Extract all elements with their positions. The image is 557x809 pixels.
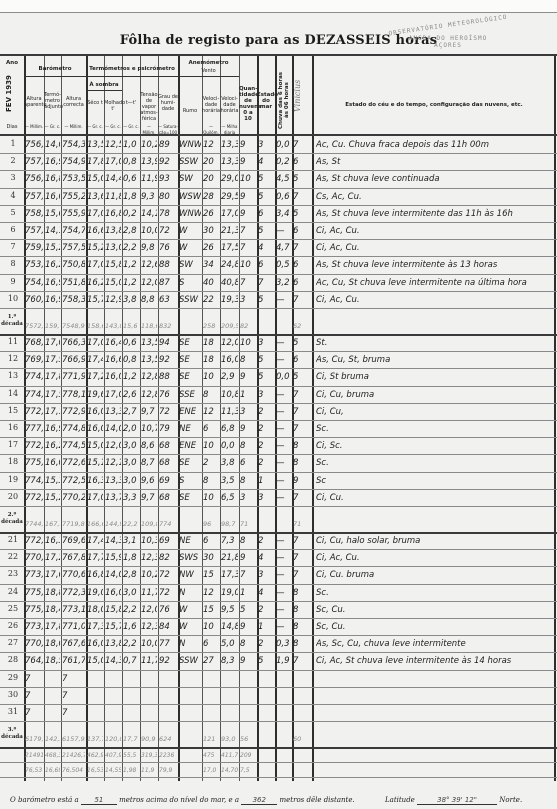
cell-diff: 3,8 xyxy=(123,294,139,306)
table-row: 37̅56,0016,87̅53,5115,014,40,611,993SW20… xyxy=(0,170,557,187)
cell-molh: 144,9 xyxy=(105,518,121,530)
cell-chuva: 3,2 xyxy=(276,277,291,289)
cell-molh: 12,1 xyxy=(105,457,121,469)
cell-mar: 4 xyxy=(258,242,274,254)
cell-x: 7 xyxy=(293,406,311,418)
cell-seco: 16,8 xyxy=(87,569,103,581)
stamp-line-1: OBSERVATÓRIO METEOROLÓGICO xyxy=(388,14,508,38)
cell-molh: 13,7 xyxy=(105,492,121,504)
cell-vel2: 14,8 xyxy=(221,621,238,633)
table-row: 157̅72,5017,17̅72,9716,013,32,79,772ENE1… xyxy=(0,403,557,420)
sky-remark: Ci, Ac, St chuva leve intermitente às 14… xyxy=(316,655,554,667)
cell-seco: 15,7 xyxy=(87,294,103,306)
cell-hum: 832 xyxy=(159,320,177,332)
cell-diff: 0,8 xyxy=(123,354,139,366)
cell-tensao: 13,5 xyxy=(141,337,157,349)
cell-x: 60 xyxy=(293,733,311,745)
cell-x: 6 xyxy=(293,225,311,237)
cell-vel1: 6 xyxy=(203,638,219,650)
cell-seco: 17,0 xyxy=(87,337,103,349)
latitude-value: 38° 39' 12" xyxy=(417,796,497,805)
day-number: 22 xyxy=(2,552,24,561)
cell-rumo: ENE xyxy=(179,440,201,452)
cell-alt-ap: 7̅70,40 xyxy=(25,552,43,564)
cell-chuva: — xyxy=(276,354,291,366)
cell-alt-cor: 6157,93 xyxy=(62,733,85,745)
cell-nuv: 6 xyxy=(240,457,256,469)
cell-alt-ap: 7̅74,00 xyxy=(25,371,43,383)
cell-term: 142,2 xyxy=(45,733,60,745)
day-number: 14 xyxy=(2,389,24,398)
cell-alt-cor: 7548,91 xyxy=(62,320,85,332)
wind-speed-header: Veloci-dade horária xyxy=(202,96,220,114)
table-row: 227̅70,4017,27̅67,8317,715,91,812,382SWS… xyxy=(0,549,557,566)
cell-alt-ap: 7̅75,10 xyxy=(25,457,43,469)
cell-diff: 0,7 xyxy=(123,655,139,667)
cell-diff: 0,2 xyxy=(123,208,139,220)
cell-vel2: 29,0 xyxy=(221,173,238,185)
cell-molh: 17,0 xyxy=(105,156,121,168)
sky-remark: Ac, Cu. Chuva fraca depois das 11h 00m xyxy=(316,139,554,151)
cell-molh: 14,4 xyxy=(105,173,121,185)
cell-x: 7 xyxy=(293,191,311,203)
sky-remark: Sc. xyxy=(316,457,554,469)
sky-remark: Sc. xyxy=(316,587,554,599)
cell-alt-ap: 7̅57,10 xyxy=(25,225,43,237)
table-row: 3077 xyxy=(0,687,557,704)
cell-alt-ap: 7̅74,80 xyxy=(25,389,43,401)
cell-mar: 5 xyxy=(258,371,274,383)
cell-alt-cor: 7 xyxy=(62,673,85,685)
cell-chuva: — xyxy=(276,492,291,504)
cell-vel2: 6,8 xyxy=(221,423,238,435)
barometer-distance-value: 362 xyxy=(241,796,277,805)
footnote-text-2: metros acima do nível do mar, e a xyxy=(119,796,239,804)
cell-term: 17,8 xyxy=(45,371,60,383)
cell-alt-ap: 7̅54,80 xyxy=(25,277,43,289)
cell-x: 6 xyxy=(293,259,311,271)
day-number: 31 xyxy=(2,707,24,716)
cell-alt-ap: 7̅59,80 xyxy=(25,242,43,254)
cell-term: 16,2 xyxy=(45,259,60,271)
cell-x: 7 xyxy=(293,389,311,401)
table-row: 277̅70,3018,07̅67,6316,013,82,210,077N65… xyxy=(0,635,557,652)
cell-x: 62 xyxy=(293,320,311,332)
cell-x: 7 xyxy=(293,535,311,547)
cell-rumo: W xyxy=(179,242,201,254)
cell-vel2: 19,0 xyxy=(221,587,238,599)
cell-tensao: 10,2 xyxy=(141,139,157,151)
cell-x: 7 xyxy=(293,492,311,504)
sky-remark: As, St chuva leve intermitente às 13 hor… xyxy=(316,259,554,271)
cell-mar: 5 xyxy=(258,191,274,203)
cell-molh: 14,3 xyxy=(105,655,121,667)
cell-seco: 17,4 xyxy=(87,354,103,366)
cell-term: 18,5 xyxy=(45,655,60,667)
cell-seco: 13,6 xyxy=(87,191,103,203)
cell-vel2: 17,0 xyxy=(221,208,238,220)
cell-nuv: 10 xyxy=(240,259,256,271)
cell-hum: 93 xyxy=(159,173,177,185)
day-number: 17 xyxy=(2,440,24,449)
total-term: 16,69 xyxy=(45,765,60,777)
cell-tensao: 11,9 xyxy=(141,173,157,185)
day-number: 18 xyxy=(2,457,24,466)
cell-vel2: 13,3 xyxy=(221,156,238,168)
row-divider xyxy=(0,762,557,763)
total-molh: 14,55 xyxy=(105,765,121,777)
cell-x: 6 xyxy=(293,354,311,366)
day-number: 15 xyxy=(2,406,24,415)
wind-subheader: Vento xyxy=(178,68,239,74)
cell-chuva: — xyxy=(276,535,291,547)
cell-alt-ap: 6179,70 xyxy=(25,733,43,745)
cell-diff: 2,7 xyxy=(123,406,139,418)
sky-remark: Ac, Cu, St chuva leve intermitente na úl… xyxy=(316,277,554,289)
cell-term: 167,5 xyxy=(45,518,60,530)
cell-x: 9 xyxy=(293,475,311,487)
cell-alt-cor: 7̅74,80 xyxy=(62,423,85,435)
cell-x: 5 xyxy=(293,208,311,220)
cell-rumo: SE xyxy=(179,371,201,383)
cell-alt-cor: 7 xyxy=(62,707,85,719)
table-row: 97̅54,8016,97̅51,8016,215,01,212,087S404… xyxy=(0,274,557,291)
cell-alt-cor: 7̅54,70 xyxy=(62,225,85,237)
day-number: 11 xyxy=(2,337,24,346)
cell-mar: 5 xyxy=(258,354,274,366)
cell-mar: 5 xyxy=(258,225,274,237)
sky-remark: As, St chuva leve continuada xyxy=(316,173,554,185)
cell-nuv: 82 xyxy=(240,320,256,332)
cell-diff: 1,2 xyxy=(123,259,139,271)
cell-term: 16,0 xyxy=(45,191,60,203)
cell-seco: 137,7 xyxy=(87,733,103,745)
cell-chuva: — xyxy=(276,389,291,401)
cell-alt-ap: 7̅73,60 xyxy=(25,621,43,633)
cell-tensao: 12,8 xyxy=(141,371,157,383)
cell-vel2: 8,3 xyxy=(221,655,238,667)
cell-mar: 3 xyxy=(258,389,274,401)
cell-molh: 15,9 xyxy=(105,552,121,564)
cell-x: 8 xyxy=(293,440,311,452)
cell-x: 7 xyxy=(293,294,311,306)
cell-tensao: 9,8 xyxy=(141,242,157,254)
cell-vel1: 258 xyxy=(203,320,219,332)
cell-seco: 15,2 xyxy=(87,242,103,254)
sky-remark: Ci, Ac, Cu. xyxy=(316,242,554,254)
table-row: 2.ª década7744,20167,57719,87166,6144,92… xyxy=(0,506,557,532)
cell-tensao: 10,0 xyxy=(141,225,157,237)
table-row: 17̅56,5014,07̅54,3513,512,51,010,289WNW1… xyxy=(0,136,557,153)
table-row: 3.ª década6179,70142,26157,93137,7120,01… xyxy=(0,721,557,747)
cell-alt-ap: 7̅58,25 xyxy=(25,208,43,220)
cell-term: 18,0 xyxy=(45,638,60,650)
cell-mar: 6 xyxy=(258,259,274,271)
cell-mar: 4 xyxy=(258,156,274,168)
cell-seco: 158,6 xyxy=(87,320,103,332)
cloud-amount-header: Quan-tidade de nuvens 0 a 10 xyxy=(239,86,257,122)
cell-vel2: 24,8 xyxy=(221,259,238,271)
cell-vel1: 8 xyxy=(203,475,219,487)
cell-tensao: 10,0 xyxy=(141,638,157,650)
table-row: 107̅60,9016,97̅58,3915,712,93,88,863SSW2… xyxy=(0,291,557,308)
sky-remark: As, Cu, St, bruma xyxy=(316,354,554,366)
thermometers-header: Termómetros e psicrómetro xyxy=(86,66,178,72)
row-divider xyxy=(0,777,557,778)
cell-nuv: 1 xyxy=(240,587,256,599)
cell-nuv: 7 xyxy=(240,277,256,289)
sky-remark: Ci, Cu. bruma xyxy=(316,569,554,581)
cell-vel2: 209,5 xyxy=(221,320,238,332)
wind-speed-2-header: Veloci-dade horária xyxy=(220,96,239,114)
latitude-label: Latitude xyxy=(385,796,415,804)
cell-alt-cor: 7719,87 xyxy=(62,518,85,530)
cell-diff: 0,6 xyxy=(123,173,139,185)
sky-remark: Ci, Ac, Cu. xyxy=(316,552,554,564)
cell-term: 16,9 xyxy=(45,156,60,168)
cell-alt-ap: 7̅70,30 xyxy=(25,638,43,650)
cell-alt-cor: 7̅58,39 xyxy=(62,294,85,306)
totals-row: 21491,00468,321426,71462,9407,955,5319,3… xyxy=(0,749,557,763)
anemometer-header: Anemómetro xyxy=(178,60,239,66)
cell-chuva: — xyxy=(276,621,291,633)
cell-vel2: 5,0 xyxy=(221,638,238,650)
cell-vel2: 17,3 xyxy=(221,569,238,581)
table-row: 27̅57,4016,97̅54,9017,817,00,813,992SSW2… xyxy=(0,153,557,170)
cell-hum: 87 xyxy=(159,277,177,289)
cell-nuv: 9 xyxy=(240,139,256,151)
total-seco: 16,53 xyxy=(87,765,103,777)
cell-alt-cor: 7̅50,88 xyxy=(62,259,85,271)
cell-term: 16,9 xyxy=(45,423,60,435)
cell-molh: 13,3 xyxy=(105,406,121,418)
cell-alt-cor: 7̅55,27 xyxy=(62,191,85,203)
cell-mar: 5 xyxy=(258,294,274,306)
cell-hum: 92 xyxy=(159,156,177,168)
wet-bulb-header: Molhado t' xyxy=(104,100,122,112)
cell-diff: 1,2 xyxy=(123,277,139,289)
cell-mar: 4 xyxy=(258,587,274,599)
cell-vel1: 10 xyxy=(203,440,219,452)
cell-tensao: 9,3 xyxy=(141,191,157,203)
cell-tensao: 10,2 xyxy=(141,569,157,581)
table-row: 47̅57,5516,07̅55,2713,611,81,89,380WSW28… xyxy=(0,188,557,205)
cell-term: 15,2 xyxy=(45,242,60,254)
cell-rumo: NW xyxy=(179,569,201,581)
stamp-line-3: AÇORES xyxy=(388,42,508,49)
cell-alt-cor: 7̅70,28 xyxy=(62,492,85,504)
attached-thermometer-header: Termó-metro adjunto xyxy=(44,92,61,110)
cell-alt-cor: 7̅78,10 xyxy=(62,389,85,401)
cell-alt-cor: 7̅70,66 xyxy=(62,569,85,581)
cell-mar: 7 xyxy=(258,277,274,289)
corrected-height-header: Altura correcta xyxy=(61,96,86,108)
total-hum: 2236 xyxy=(159,750,177,762)
day-number: 10 xyxy=(2,294,24,303)
sky-remark: Ci, Cu, xyxy=(316,406,554,418)
total-vel1: 475 xyxy=(203,750,219,762)
cell-vel1: 12 xyxy=(203,139,219,151)
cell-chuva: 0,0 xyxy=(276,371,291,383)
cell-term: 16,3 xyxy=(45,535,60,547)
cell-tensao: 12,0 xyxy=(141,277,157,289)
table-row: 87̅53,3016,27̅50,8817,015,81,212,688SW34… xyxy=(0,256,557,273)
cell-seco: 16,0 xyxy=(87,638,103,650)
total-diff: 1,98 xyxy=(123,765,139,777)
table-row: 67̅57,1014,17̅54,7016,613,82,810,072W302… xyxy=(0,222,557,239)
cell-diff: 1,2 xyxy=(123,371,139,383)
cell-seco: 15,1 xyxy=(87,457,103,469)
cell-term: 159,6 xyxy=(45,320,60,332)
cell-chuva: — xyxy=(276,337,291,349)
cell-chuva: — xyxy=(276,457,291,469)
total-diff: 55,5 xyxy=(123,750,139,762)
day-number: 25 xyxy=(2,604,24,613)
cell-x: 8 xyxy=(293,638,311,650)
cell-alt-ap: 7̅57,40 xyxy=(25,156,43,168)
cell-hum: 69 xyxy=(159,535,177,547)
table-row: 187̅75,1016,07̅72,6615,112,13,08,768SE23… xyxy=(0,454,557,471)
cell-vel1: 26 xyxy=(203,208,219,220)
table-row: 147̅74,8017,57̅78,1019,617,02,612,876SSE… xyxy=(0,386,557,403)
cell-alt-ap: 7 xyxy=(25,673,43,685)
table-row: 267̅73,6017,87̅71,0117,315,71,612,384W10… xyxy=(0,618,557,635)
cell-rumo: SE xyxy=(179,457,201,469)
cell-x: 7 xyxy=(293,139,311,151)
cell-tensao: 9,6 xyxy=(141,475,157,487)
cell-nuv: 8 xyxy=(240,638,256,650)
cell-vel2: 3,8 xyxy=(221,457,238,469)
cell-chuva: — xyxy=(276,225,291,237)
cell-chuva: 4,5 xyxy=(276,173,291,185)
cell-mar: 2 xyxy=(258,423,274,435)
cell-molh: 12,5 xyxy=(105,139,121,151)
page-top-edge xyxy=(0,0,557,13)
sky-remark: Ci, Cu, bruma xyxy=(316,389,554,401)
cell-molh: 16,6 xyxy=(105,354,121,366)
day-number: 23 xyxy=(2,569,24,578)
day-number: 20 xyxy=(2,492,24,501)
cell-vel1: 96 xyxy=(203,518,219,530)
cell-nuv: 9 xyxy=(240,423,256,435)
cell-alt-ap: 7 xyxy=(25,707,43,719)
cell-seco: 19,6 xyxy=(87,389,103,401)
total-hum: 79,9 xyxy=(159,765,177,777)
cell-rumo: N xyxy=(179,638,201,650)
sky-remark: St. xyxy=(316,337,554,349)
register-table: AnoFEV 1939DiasBarómetroTermómetros e ps… xyxy=(0,54,557,781)
cell-tensao: 12,8 xyxy=(141,389,157,401)
cell-alt-cor: 7̅67,63 xyxy=(62,638,85,650)
sky-remark: Ci, Ac, Cu. xyxy=(316,294,554,306)
sky-remark: Sc xyxy=(316,475,554,487)
cell-alt-ap: 7̅74,65 xyxy=(25,475,43,487)
table-row: 127̅69,4517,57̅66,9217,416,60,813,592SE1… xyxy=(0,351,557,368)
cell-mar: 2 xyxy=(258,604,274,616)
cell-seco: 15,0 xyxy=(87,173,103,185)
cell-nuv: 10 xyxy=(240,337,256,349)
day-number: 27 xyxy=(2,638,24,647)
cell-mar: 2 xyxy=(258,535,274,547)
cell-chuva: 1,9 xyxy=(276,655,291,667)
cell-tensao: 11,7 xyxy=(141,655,157,667)
cell-nuv: 7 xyxy=(240,569,256,581)
cell-hum: 77 xyxy=(159,638,177,650)
cell-vel1: 22 xyxy=(203,294,219,306)
cell-vel2: 9,5 xyxy=(221,604,238,616)
cell-diff: 2,2 xyxy=(123,638,139,650)
cell-x: 8 xyxy=(293,457,311,469)
total-vel2: 411,7 xyxy=(221,750,238,762)
total-tensao: 11,9 xyxy=(141,765,157,777)
cell-term: 18,8 xyxy=(45,587,60,599)
unit-label: — Gr. c. xyxy=(122,124,140,130)
cell-seco: 17,2 xyxy=(87,371,103,383)
sky-remark: Cs, Ac, Cu. xyxy=(316,191,554,203)
cell-nuv: 8 xyxy=(240,475,256,487)
cell-molh: 13,8 xyxy=(105,225,121,237)
table-row: 167̅77,3316,97̅74,8016,014,02,010,779NE6… xyxy=(0,420,557,437)
cell-diff: 2,2 xyxy=(123,604,139,616)
cell-diff: 2,8 xyxy=(123,569,139,581)
day-number: 1 xyxy=(2,139,24,148)
header-divider xyxy=(24,76,178,77)
cell-tensao: 12,3 xyxy=(141,552,157,564)
dry-bulb-header: Sêco t xyxy=(86,100,104,106)
cell-hum: 72 xyxy=(159,569,177,581)
cell-vel2: 2,9 xyxy=(221,371,238,383)
cell-rumo: N xyxy=(179,587,201,599)
cell-chuva: — xyxy=(276,587,291,599)
sky-remark: As, Sc, Cu, chuva leve intermitente xyxy=(316,638,554,650)
cell-hum: 76 xyxy=(159,242,177,254)
cell-vel1: 30 xyxy=(203,552,219,564)
stamp-line-2: ANGRA DO HEROÍSMO xyxy=(388,35,508,42)
day-number: 5 xyxy=(2,208,24,217)
cell-diff: 2,0 xyxy=(123,423,139,435)
cell-chuva: 0,0 xyxy=(276,139,291,151)
cell-rumo: W xyxy=(179,225,201,237)
cell-seco: 17,0 xyxy=(87,208,103,220)
total-nuv: 7,5 xyxy=(240,765,256,777)
cell-seco: 17,0 xyxy=(87,259,103,271)
cell-seco: 16,0 xyxy=(87,406,103,418)
cell-alt-ap: 7̅72,00 xyxy=(25,440,43,452)
cell-chuva: — xyxy=(276,406,291,418)
unit-label: — Millim. xyxy=(61,124,86,130)
cell-nuv: 9 xyxy=(240,208,256,220)
cell-alt-cor: 7̅57,50 xyxy=(62,242,85,254)
cell-alt-cor: 7̅72,97 xyxy=(62,406,85,418)
cell-tensao: 8,6 xyxy=(141,440,157,452)
cell-hum: 72 xyxy=(159,225,177,237)
day-number: 7 xyxy=(2,242,24,251)
cell-seco: 17,4 xyxy=(87,535,103,547)
cell-mar: 5 xyxy=(258,173,274,185)
cell-nuv: 7 xyxy=(240,242,256,254)
cell-nuv: 9 xyxy=(240,156,256,168)
sky-remark: Ci, Cu, halo solar, bruma xyxy=(316,535,554,547)
apparent-height-header: Altura aparente xyxy=(24,96,44,108)
cell-rumo: NE xyxy=(179,423,201,435)
cell-term: 17,1 xyxy=(45,406,60,418)
cell-molh: 16,8 xyxy=(105,208,121,220)
unit-label: — Millim. xyxy=(24,124,44,130)
sky-remark: Ci, Ac, Cu. xyxy=(316,225,554,237)
cell-term: 14,1 xyxy=(45,225,60,237)
cell-hum: 68 xyxy=(159,492,177,504)
cell-rumo: NE xyxy=(179,535,201,547)
